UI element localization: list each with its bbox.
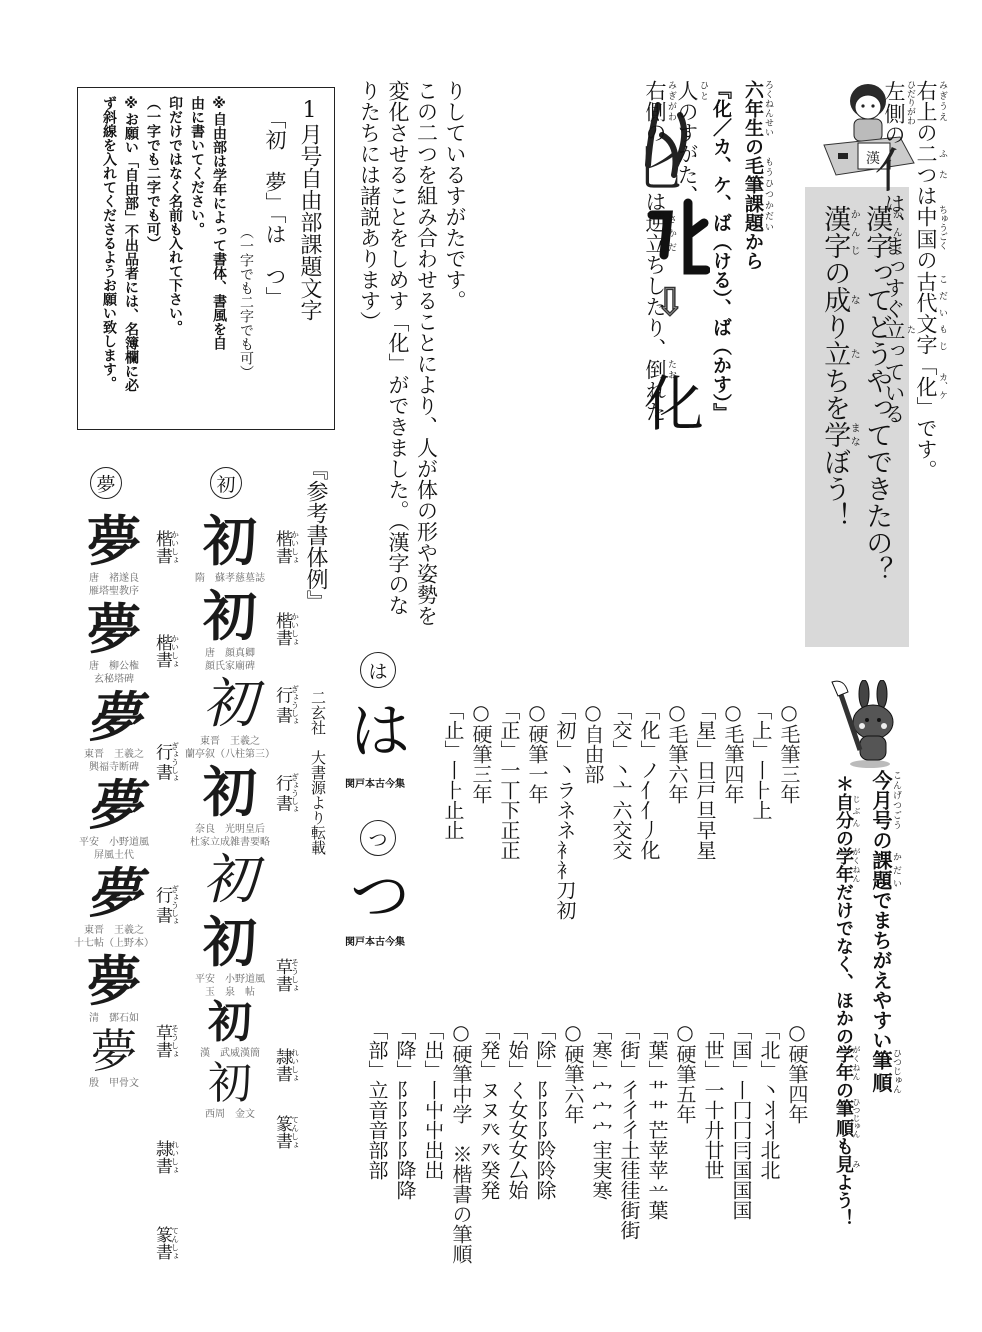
- stroke-order-column: 「北」丶丬丬北北: [756, 1020, 784, 1264]
- style-label-tensho: 篆書てんしょ: [152, 1226, 179, 1260]
- stroke-step: 廾: [698, 1120, 728, 1140]
- stroke-order-column: 「街」彳彳彳土徍徍街街: [616, 1020, 644, 1264]
- sample-yume-6: 夢清 鄧石如: [75, 950, 153, 1025]
- stroke-order-column: 「降」阝阝阝阝降降: [392, 1020, 420, 1264]
- stroke-order-column: 「発」ヌヌ癶癶癸発: [476, 1020, 504, 1264]
- stroke-step: 交: [606, 820, 636, 840]
- explanation-line: 右側みぎがわの匕は逆立さかだちしたり、倒たおれた: [643, 80, 667, 422]
- stroke-order-character: 「化」: [637, 700, 661, 760]
- stroke-order-column: 「星」日戸旦早星: [692, 700, 720, 920]
- stroke-step: 䒑: [642, 1180, 672, 1200]
- style-label-gyosho: 行書ぎょうしょ: [272, 685, 299, 725]
- yume-samples: 夢唐 褚遂良 雁塔聖教序 夢唐 柳公権 玄秘塔碑 夢東晋 王羲之 興福寺断碑 夢…: [75, 510, 153, 1090]
- stroke-step: ネ: [550, 800, 580, 820]
- stroke-order-column: 「葉」艹艹芒苹苹䒑葉: [644, 1020, 672, 1264]
- stroke-step: 宀: [586, 1080, 616, 1100]
- style-label-gyosho: 行書ぎょうしょ: [152, 742, 179, 782]
- circle-label-yume: 夢: [90, 467, 122, 499]
- stroke-step: 癶: [474, 1120, 504, 1140]
- stroke-step: 戸: [690, 780, 720, 800]
- stroke-step: 冂: [726, 1120, 756, 1140]
- stroke-step: 艹: [642, 1100, 672, 1120]
- stroke-step: 苹: [642, 1140, 672, 1160]
- stroke-order-character: 「発」: [477, 1020, 501, 1080]
- stroke-step: 部: [362, 1140, 392, 1160]
- stroke-order-character: 「交」: [609, 700, 633, 760]
- stroke-step: 世: [698, 1160, 728, 1180]
- stroke-order-column: 「除」阝阝阝阾阾除: [532, 1020, 560, 1264]
- stroke-step: 星: [690, 840, 720, 860]
- month-heading-note: ＊自分じぶんの学年がくねんだけでなく、ほかの学年がくねんの筆順ひつじゅんも見みよ…: [828, 775, 861, 1227]
- stroke-step: 北: [754, 1140, 784, 1160]
- stroke-step: 立: [362, 1080, 392, 1100]
- style-label-kaisho: 楷書かいしょ: [152, 634, 179, 668]
- stroke-step: 亻丿: [634, 800, 664, 840]
- style-label-kaisho: 楷書かいしょ: [272, 530, 299, 564]
- stroke-step: 屮: [418, 1120, 448, 1140]
- stroke-step: ⺊: [438, 780, 468, 800]
- stroke-step: 除: [530, 1180, 560, 1200]
- stroke-step: ⺊: [746, 780, 776, 800]
- stroke-order-grade-heading: ○硬筆中学 ※楷書の筆順: [448, 1020, 476, 1264]
- stroke-step: く: [502, 1080, 532, 1100]
- stroke-step: 正: [494, 820, 524, 840]
- stroke-step: 部: [362, 1160, 392, 1180]
- stroke-step: 交: [606, 840, 636, 860]
- stroke-order-grade-heading: ○硬筆四年: [784, 1020, 812, 1264]
- stroke-step: 街: [614, 1220, 644, 1240]
- stroke-order-column: 「上」丨⺊上: [748, 700, 776, 920]
- style-label-reisho: 隷書れいしょ: [272, 1048, 299, 1082]
- stroke-order-bottom: ○硬筆四年「北」丶丬丬北北「国」丨冂冂冃国国国「世」一十廾廿世○硬筆五年「葉」艹…: [364, 1020, 812, 1264]
- stroke-step: 阝: [390, 1120, 420, 1140]
- hiragana-sample-tsu: つ: [350, 865, 410, 929]
- reference-source: 二玄社 大書源より転載: [308, 690, 328, 855]
- sample-yume-3: 夢東晋 王羲之 興福寺断碑: [75, 686, 153, 774]
- stroke-step: 音: [362, 1120, 392, 1140]
- stroke-order-character: 「星」: [693, 700, 717, 760]
- stroke-step: 降: [390, 1160, 420, 1180]
- stroke-order-character: 「葉」: [645, 1020, 669, 1080]
- sample-sho-2: 初唐 顔真卿 顔氏家廟碑: [195, 585, 265, 673]
- stroke-step: 十: [698, 1100, 728, 1120]
- stroke-step: 屮: [418, 1100, 448, 1120]
- stroke-step: 女厶: [502, 1140, 532, 1180]
- stroke-step: 丶: [550, 760, 580, 780]
- stroke-order-column: 「正」一丅下正正: [496, 700, 524, 920]
- stroke-order-grade-heading: ○毛筆六年: [664, 700, 692, 920]
- stroke-step: 国: [726, 1200, 756, 1220]
- stroke-order-column: 「部」立音音部部: [364, 1020, 392, 1264]
- stroke-step: 冂: [726, 1100, 756, 1120]
- stroke-order-character: 「上」: [749, 700, 773, 760]
- stroke-step: 丶: [754, 1080, 784, 1100]
- stroke-step: 止: [438, 800, 468, 820]
- stroke-order-grade-heading: ○硬筆一年: [524, 700, 552, 920]
- stroke-step: 丨: [726, 1080, 756, 1100]
- stroke-step: 丬: [754, 1120, 784, 1140]
- stroke-step: 癸: [474, 1160, 504, 1180]
- stroke-step: 国: [726, 1160, 756, 1180]
- stroke-order-top: ○毛筆三年「上」丨⺊上○毛筆四年「星」日戸旦早星○毛筆六年「化」ノ亻亻丿化「交」…: [440, 700, 804, 920]
- stroke-step: 街: [614, 1200, 644, 1220]
- sample-sho-1: 初隋 蘇孝慈墓誌: [195, 510, 265, 585]
- stroke-step: 女: [502, 1100, 532, 1120]
- sample-sho-4: 初奈良 光明皇后 杜家立成雑書要略: [195, 761, 265, 849]
- stroke-step: 癶: [474, 1140, 504, 1160]
- stroke-order-column: 「世」一十廾廿世: [700, 1020, 728, 1264]
- stroke-step: 丨: [438, 760, 468, 780]
- stroke-order-column: 「寒」宀宀宀宔実寒: [588, 1020, 616, 1264]
- stroke-step: 艹: [642, 1080, 672, 1100]
- explanation-line: りしているすがたです。: [443, 80, 467, 311]
- stroke-step: 阝: [390, 1080, 420, 1100]
- sample-sho-6: 初平安 小野道風 玉 泉 帖: [195, 911, 265, 999]
- stroke-order-character: 「降」: [393, 1020, 417, 1080]
- stroke-step: 衤刀: [550, 860, 580, 900]
- style-label-kaisho: 楷書かいしょ: [272, 612, 299, 646]
- stroke-step: 宀: [586, 1120, 616, 1140]
- stroke-order-column: 「出」丨屮屮出出: [420, 1020, 448, 1264]
- stroke-step: ノ: [634, 760, 664, 780]
- stroke-step: 徍: [614, 1180, 644, 1200]
- hiragana-caption-tsu: 関戸本古今集: [345, 933, 405, 948]
- stroke-step: 亠: [606, 780, 636, 800]
- stroke-step: 女: [502, 1120, 532, 1140]
- reference-title: 『参考書体例』: [300, 458, 330, 612]
- stroke-step: 化: [634, 840, 664, 860]
- stroke-order-grade-heading: ○毛筆四年: [720, 700, 748, 920]
- stroke-step: 彳: [614, 1080, 644, 1100]
- sample-sho-7: 初漢 武威漢簡: [195, 999, 265, 1060]
- sample-sho-3: 初東晋 王羲之 蘭亭叙（八柱第三）: [195, 673, 265, 761]
- style-label-kaisho: 楷書かいしょ: [152, 530, 179, 564]
- stroke-order-column: 「化」ノ亻亻丿化: [636, 700, 664, 920]
- explanation-line: この二つを組み合わせることにより、人が体の形や姿勢を: [415, 80, 439, 626]
- stroke-step: 一: [698, 1080, 728, 1100]
- stroke-step: 阾: [530, 1140, 560, 1160]
- stroke-order-column: 「初」丶ラネネ衤衤刀初: [552, 700, 580, 920]
- stroke-step: 亻: [634, 780, 664, 800]
- sho-samples: 初隋 蘇孝慈墓誌 初唐 顔真卿 顔氏家廟碑 初東晋 王羲之 蘭亭叙（八柱第三） …: [195, 510, 265, 1121]
- style-label-tensho: 篆書てんしょ: [272, 1115, 299, 1149]
- stroke-step: 冃: [726, 1140, 756, 1160]
- stroke-step: 阝: [530, 1120, 560, 1140]
- sample-sho-8: 初西周 金文: [195, 1060, 265, 1121]
- stroke-order-character: 「部」: [365, 1020, 389, 1080]
- stroke-step: 発: [474, 1180, 504, 1200]
- stroke-order-grade-heading: ○自由部: [580, 700, 608, 920]
- stroke-step: 北: [754, 1160, 784, 1180]
- stroke-step: 上: [746, 800, 776, 820]
- assignment-subnote: （一字でも二字でも可）: [236, 225, 256, 379]
- stroke-order-grade-heading: ○毛筆三年: [776, 700, 804, 920]
- stroke-step: 葉: [642, 1200, 672, 1220]
- stroke-step: 阝: [530, 1080, 560, 1100]
- sample-yume-1: 夢唐 褚遂良 雁塔聖教序: [75, 510, 153, 598]
- stroke-step: ヌ: [474, 1080, 504, 1100]
- sample-sho-5: 初: [195, 849, 265, 911]
- stroke-order-character: 「始」: [505, 1020, 529, 1080]
- stroke-step: 早: [690, 820, 720, 840]
- sample-yume-2: 夢唐 柳公権 玄秘塔碑: [75, 598, 153, 686]
- stroke-step: 阝: [390, 1100, 420, 1120]
- stroke-step: 丅: [494, 780, 524, 800]
- assignment-notes: ※自由部は学年によって書体、書風を自 由に書いてください。 印だけではなく名前も…: [98, 96, 230, 416]
- stroke-order-character: 「初」: [553, 700, 577, 760]
- stroke-step: 彳: [614, 1100, 644, 1120]
- sample-yume-5: 夢東晋 王羲之 十七帖（上野本）: [75, 862, 153, 950]
- stroke-step: 彳土: [614, 1120, 644, 1160]
- stroke-order-column: 「止」丨⺊止止: [440, 700, 468, 920]
- hiragana-sample-ha: は: [350, 700, 410, 764]
- month-heading: 今月号こんげつごうの課題かだいでまちがえやすい筆順ひつじゅん: [866, 770, 901, 1094]
- rabbit-mascot-illustration: [830, 680, 900, 770]
- stroke-step: 阝: [390, 1140, 420, 1160]
- stroke-step: 実: [586, 1160, 616, 1180]
- circle-label-tsu: つ: [360, 820, 396, 856]
- stroke-order-grade-heading: ○硬筆六年: [560, 1020, 588, 1264]
- stroke-order-character: 「除」: [533, 1020, 557, 1080]
- stroke-step: ネ: [550, 820, 580, 840]
- stroke-step: 日: [690, 760, 720, 780]
- stroke-step: 宔: [586, 1140, 616, 1160]
- stroke-step: 出: [418, 1140, 448, 1160]
- sample-yume-4: 夢平安 小野道風 屏風土代: [75, 774, 153, 862]
- stroke-step: 一: [494, 760, 524, 780]
- assignment-box: 1月号自由部課題文字 「初 夢」「は つ」 （一字でも二字でも可） ※自由部は学…: [77, 87, 335, 430]
- stroke-order-character: 「街」: [617, 1020, 641, 1080]
- explanation-line: 左側ひだりがわの⺅は、まっすぐ立たっている: [882, 80, 906, 424]
- stroke-order-grade-heading: ○硬筆三年: [468, 700, 496, 920]
- stroke-order-column: 「交」丶亠六交交: [608, 700, 636, 920]
- stroke-order-character: 「世」: [701, 1020, 725, 1080]
- stroke-step: 衤: [550, 840, 580, 860]
- stroke-step: 音: [362, 1100, 392, 1120]
- assignment-title: 1月号自由部課題文字: [294, 98, 324, 321]
- stroke-step: 廿: [698, 1140, 728, 1160]
- stroke-order-character: 「寒」: [589, 1020, 613, 1080]
- stroke-step: 国: [726, 1180, 756, 1200]
- stroke-step: 正: [494, 840, 524, 860]
- stroke-step: 出: [418, 1160, 448, 1180]
- stroke-step: 初: [550, 900, 580, 920]
- stroke-order-character: 「北」: [757, 1020, 781, 1080]
- stroke-step: 旦: [690, 800, 720, 820]
- stroke-order-grade-heading: ○硬筆五年: [672, 1020, 700, 1264]
- stroke-order-character: 「止」: [441, 700, 465, 760]
- stroke-order-character: 「正」: [497, 700, 521, 760]
- circle-label-sho: 初: [210, 467, 242, 499]
- hiragana-caption-ha: 関戸本古今集: [345, 775, 405, 790]
- style-label-gyosho: 行書ぎょうしょ: [152, 885, 179, 925]
- stroke-step: ラ: [550, 780, 580, 800]
- stroke-step: 丨: [418, 1080, 448, 1100]
- explanation-line: りたちには諸説あります）: [358, 80, 382, 332]
- stroke-order-character: 「出」: [421, 1020, 445, 1080]
- stroke-step: 芒: [642, 1120, 672, 1140]
- stroke-step: 苹: [642, 1160, 672, 1180]
- explanation-line: 変化させることをしめす「化」ができました。（漢字のな: [386, 80, 410, 616]
- explanation-line: 右上みぎうえの二つふたは中国ちゅうごくの古代文字こだいもじ「化カ、ケ」です。: [914, 80, 938, 481]
- stroke-step: 宀: [586, 1100, 616, 1120]
- stroke-step: 始: [502, 1180, 532, 1200]
- stroke-step: 六: [606, 800, 636, 820]
- stroke-step: 阾: [530, 1160, 560, 1180]
- circle-label-ha: は: [360, 652, 396, 688]
- stroke-step: 丶: [606, 760, 636, 780]
- assignment-characters: 「初 夢」「は つ」: [260, 108, 290, 308]
- style-label-sosho: 草書そうしょ: [152, 1024, 179, 1058]
- stroke-order-column: 「国」丨冂冂冃国国国: [728, 1020, 756, 1264]
- stroke-step: 徍: [614, 1160, 644, 1180]
- stroke-step: 止: [438, 820, 468, 840]
- stroke-order-character: 「国」: [729, 1020, 753, 1080]
- style-label-gyosho: 行書ぎょうしょ: [272, 773, 299, 813]
- stroke-step: 丬: [754, 1100, 784, 1120]
- explanation-paragraph: 右上みぎうえの二つふたは中国ちゅうごくの古代文字こだいもじ「化カ、ケ」です。 左…: [355, 80, 947, 640]
- sample-yume-7: 夢殷 甲骨文: [75, 1025, 153, 1090]
- stroke-step: 丨: [746, 760, 776, 780]
- style-label-sosho: 草書そうしょ: [272, 958, 299, 992]
- stroke-step: ヌ: [474, 1100, 504, 1120]
- stroke-step: 降: [390, 1180, 420, 1200]
- stroke-step: 阝: [530, 1100, 560, 1120]
- stroke-order-column: 「始」く女女女厶始: [504, 1020, 532, 1264]
- stroke-step: 寒: [586, 1180, 616, 1200]
- stroke-step: 下: [494, 800, 524, 820]
- style-label-reisho: 隷書れいしょ: [152, 1140, 179, 1174]
